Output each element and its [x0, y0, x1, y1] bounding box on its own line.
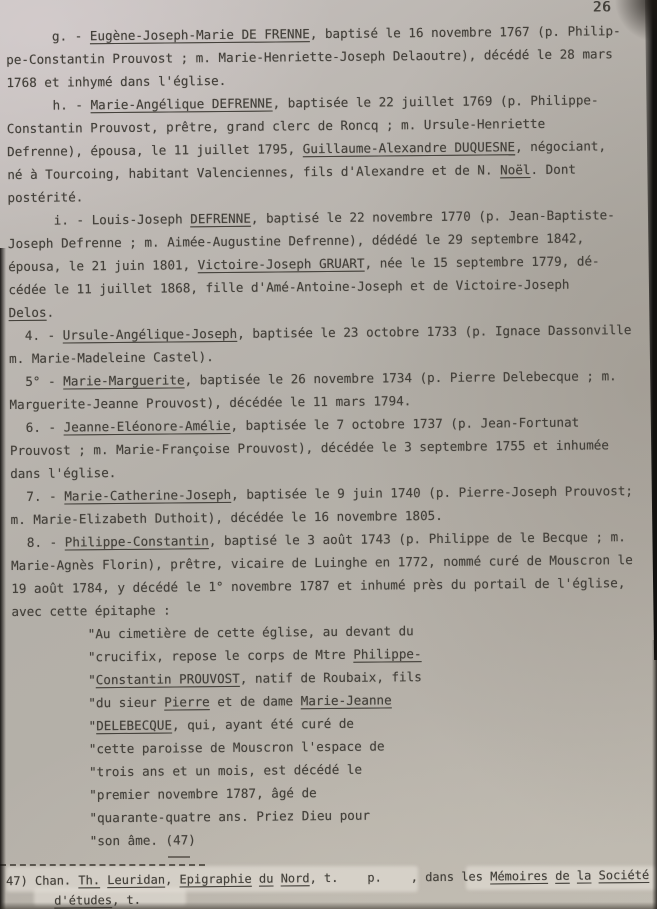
- text-segment: "crucifix, repose le corps de Mtre: [88, 647, 354, 665]
- underlined-text: Philippe-Constantin: [65, 533, 209, 549]
- text-segment: "premier novembre 1787, âgé de: [89, 785, 317, 802]
- text-segment: [273, 871, 280, 885]
- text-segment: postérité.: [7, 189, 83, 205]
- text-segment: ": [88, 672, 96, 687]
- text-segment: i. - Louis-Joseph: [54, 211, 191, 227]
- text-segment: , qui, ayant été curé de: [172, 716, 354, 733]
- text-segment: "Au cimetière de cette église, au devant…: [88, 623, 414, 641]
- underlined-text: Jeanne-Eléonore-Amélie: [64, 418, 231, 435]
- text-segment: dans l'église.: [10, 465, 116, 481]
- text-segment: "son âme. (47): [90, 832, 196, 848]
- text-segment: 1768 et inhymé dans l'église.: [6, 73, 226, 90]
- underlined-text: Guillaume-Alexandre DUQUESNE: [303, 139, 515, 156]
- underlined-text: Mémoires: [490, 869, 548, 884]
- text-segment: . Dont: [530, 162, 576, 177]
- text-segment: , née le 15 septembre 1779, dé-: [364, 253, 599, 270]
- underlined-text: Noël: [500, 162, 530, 177]
- text-segment: ": [89, 718, 97, 733]
- text-segment: h. -: [53, 97, 91, 112]
- text-segment: 8. -: [27, 535, 65, 550]
- underlined-text: Philippe-: [353, 646, 421, 662]
- text-segment: [591, 868, 598, 882]
- text-segment: pe-Constantin Prouvost ; m. Marie-Henrie…: [6, 46, 613, 67]
- underlined-text: Eugène-Joseph-Marie DE FRENNE: [90, 26, 310, 43]
- text-segment: né à Tourcoing, habitant Valenciennes, f…: [7, 162, 500, 182]
- text-segment: g. -: [52, 28, 90, 43]
- text-segment: , baptisée le 26 novembre 1734 (p. Pierr…: [184, 368, 616, 387]
- underlined-text: Ursule-Angélique-Joseph: [63, 326, 238, 343]
- text-segment: , baptisé le 3 août 1743 (p. Philippe de…: [209, 529, 626, 548]
- text-segment: Defrenne), épousa, le 11 juillet 1795,: [7, 141, 303, 159]
- text-segment: , baptisé le 16 novembre 1767 (p. Philip…: [310, 23, 621, 41]
- underlined-text: Leuridan: [107, 873, 165, 888]
- scan-edge-right-thin: [652, 640, 657, 909]
- underlined-text: Marie-Jeanne: [301, 692, 392, 708]
- text-segment: Marie-Agnès Florin), prêtre, vicaire de …: [11, 552, 633, 573]
- text-segment: 19 août 1784, y décédé le 1° novembre 17…: [11, 575, 625, 596]
- underlined-text: Marie-Marguerite: [63, 372, 184, 388]
- text-segment: Marguerite-Jeanne Prouvost), décédée le …: [9, 393, 411, 412]
- text-segment: , natif de Roubaix, fils: [240, 669, 422, 686]
- text-segment: Joseph Defrenne ; m. Aimée-Augustine Def…: [8, 231, 584, 252]
- underlined-text: Marie-Angélique DEFRENNE: [90, 96, 272, 113]
- text-segment: 6. -: [26, 420, 64, 435]
- text-segment: , baptisée le 9 juin 1740 (p. Pierre-Jos…: [231, 483, 633, 502]
- text-segment: cédée le 11 juillet 1868, fille d'Amé-An…: [8, 277, 569, 297]
- document-lines: g. - Eugène-Joseph-Marie DE FRENNE, bapt…: [6, 19, 657, 853]
- text-segment: , baptisée le 22 juillet 1769 (p. Philip…: [272, 92, 598, 110]
- text-segment: [252, 872, 259, 886]
- text-segment: ,: [165, 872, 180, 886]
- underlined-text: DEFRENNE: [190, 211, 251, 227]
- text-segment: 4. -: [25, 328, 63, 343]
- text-segment: "trois ans et un mois, est décédé le: [89, 762, 362, 780]
- text-segment: avec cette épitaphe :: [11, 603, 170, 620]
- text-segment: "du sieur: [88, 695, 164, 711]
- text-segment: Constantin Prouvost, prêtre, grand clerc…: [7, 116, 545, 136]
- underlined-text: du: [259, 872, 274, 886]
- text-segment: épousa, le 21 juin 1801,: [8, 257, 198, 274]
- underlined-text: Pierre: [164, 694, 210, 709]
- scan-edge-bottom: [0, 902, 657, 909]
- scanned-page: 26 g. - Eugène-Joseph-Marie DE FRENNE, b…: [0, 0, 657, 909]
- underlined-text: Nord: [281, 871, 310, 885]
- text-segment: m. Marie-Madeleine Castel).: [9, 349, 214, 366]
- text-segment: , baptisée le 7 octobre 1737 (p. Jean-Fo…: [230, 415, 579, 433]
- underlined-text: Marie-Catherine-Joseph: [64, 487, 231, 504]
- text-segment: m. Marie-Elizabeth Duthoit), décédée le …: [11, 508, 443, 527]
- underlined-text: DELEBECQUE: [96, 718, 172, 734]
- text-segment: "quarante-quatre ans. Priez Dieu pour: [89, 808, 370, 826]
- text-segment: , t. p. , dans les: [309, 869, 490, 885]
- stray-dash-mark: [168, 856, 190, 858]
- text-segment: .: [46, 305, 54, 320]
- scan-corner-top-right: [605, 0, 657, 44]
- text-segment: 7. -: [26, 489, 64, 504]
- footnote-separator-line: [0, 864, 205, 866]
- text-segment: , baptisé le 22 novembre 1770 (p. Jean-B…: [251, 207, 615, 225]
- underlined-text: Constantin PROUVOST: [96, 671, 240, 687]
- scan-edge-left: [0, 248, 6, 909]
- underlined-text: de: [555, 869, 570, 883]
- text-segment: Prouvost ; m. Marie-Françoise Prouvost),…: [10, 437, 609, 458]
- underlined-text: Société: [599, 868, 650, 882]
- text-segment: , baptisée le 23 octobre 1733 (p. Ignace…: [237, 322, 631, 341]
- underlined-text: Epigraphie: [179, 872, 251, 887]
- text-segment: 47) Chan.: [6, 873, 78, 888]
- underlined-text: la: [577, 868, 592, 882]
- underlined-text: Delos: [9, 305, 47, 320]
- text-segment: "cette paroisse de Mouscron l'espace de: [89, 738, 385, 756]
- underlined-text: Th.: [78, 873, 100, 887]
- text-segment: 5° -: [25, 374, 63, 389]
- text-segment: , négociant,: [515, 138, 606, 154]
- typewritten-text-layer: 26 g. - Eugène-Joseph-Marie DE FRENNE, b…: [0, 0, 657, 909]
- text-segment: et de dame: [210, 693, 301, 709]
- text-line: "son âme. (47): [14, 824, 657, 853]
- underlined-text: Victoire-Joseph GRUART: [198, 256, 365, 273]
